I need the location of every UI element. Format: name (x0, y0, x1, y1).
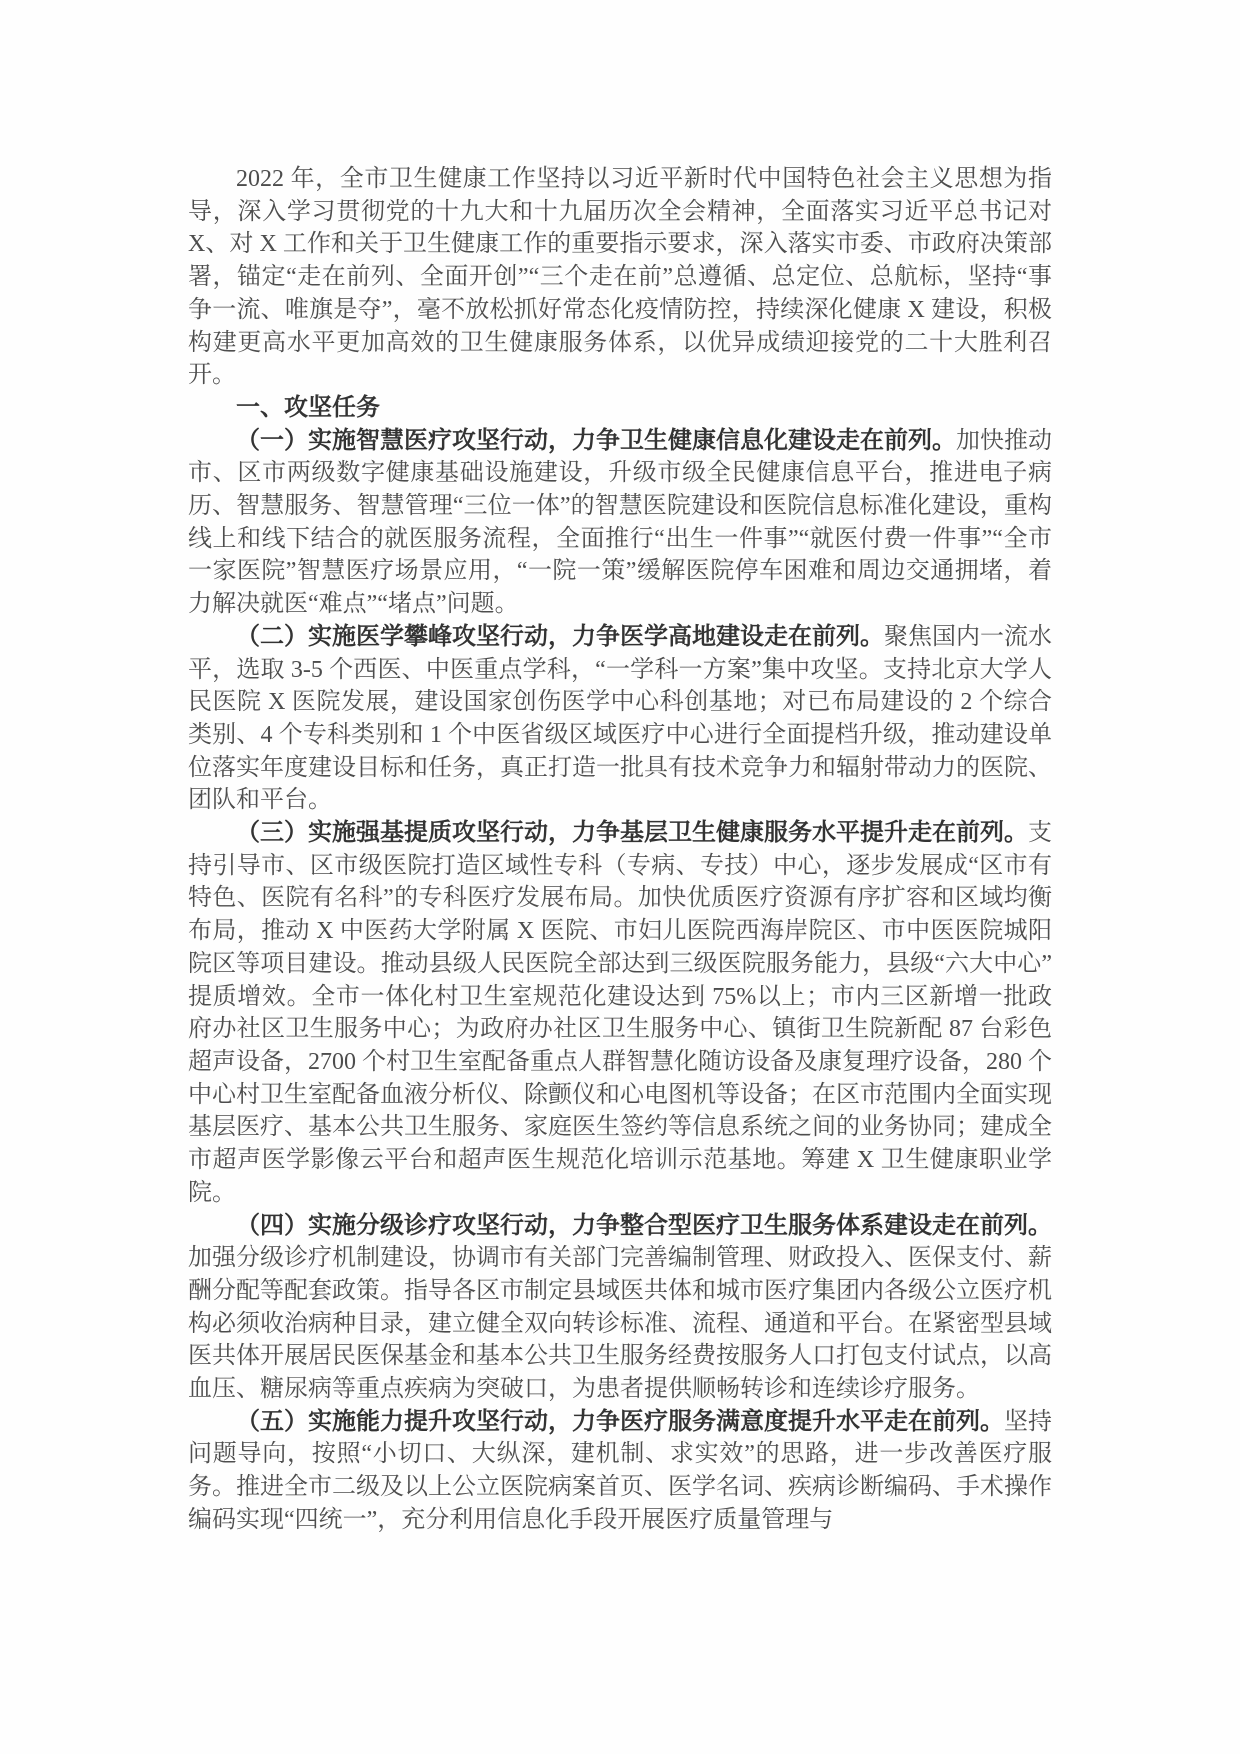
paragraph-heading: （二）实施医学攀峰攻坚行动，力争医学高地建设走在前列。 (236, 624, 884, 650)
intro-paragraph: 2022 年，全市卫生健康工作坚持以习近平新时代中国特色社会主义思想为指导，深入… (188, 163, 1052, 392)
paragraph-text: 聚焦国内一流水平，选取 3-5 个西医、中医重点学科，“一学科一方案”集中攻坚。… (188, 624, 1052, 814)
paragraph-text: 2022 年，全市卫生健康工作坚持以习近平新时代中国特色社会主义思想为指导，深入… (188, 166, 1052, 388)
paragraph-item-2: （二）实施医学攀峰攻坚行动，力争医学高地建设走在前列。聚焦国内一流水平，选取 3… (188, 621, 1052, 817)
paragraph-item-1: （一）实施智慧医疗攻坚行动，力争卫生健康信息化建设走在前列。加快推动市、区市两级… (188, 425, 1052, 621)
section-heading-label: 一、攻坚任务 (236, 395, 380, 421)
paragraph-text: 加快推动市、区市两级数字健康基础设施建设，升级市级全民健康信息平台，推进电子病历… (188, 428, 1052, 618)
paragraph-heading: （五）实施能力提升攻坚行动，力争医疗服务满意度提升水平走在前列。 (236, 1409, 1004, 1435)
paragraph-item-3: （三）实施强基提质攻坚行动，力争基层卫生健康服务水平提升走在前列。支持引导市、区… (188, 817, 1052, 1209)
paragraph-item-5: （五）实施能力提升攻坚行动，力争医疗服务满意度提升水平走在前列。坚持问题导向，按… (188, 1406, 1052, 1537)
section-heading-tasks: 一、攻坚任务 (188, 392, 1052, 425)
document-body: 2022 年，全市卫生健康工作坚持以习近平新时代中国特色社会主义思想为指导，深入… (188, 163, 1052, 1537)
paragraph-heading: （四）实施分级诊疗攻坚行动，力争整合型医疗卫生服务体系建设走在前列。 (236, 1213, 1052, 1239)
paragraph-item-4: （四）实施分级诊疗攻坚行动，力争整合型医疗卫生服务体系建设走在前列。加强分级诊疗… (188, 1210, 1052, 1406)
paragraph-heading: （三）实施强基提质攻坚行动，力争基层卫生健康服务水平提升走在前列。 (236, 820, 1028, 846)
paragraph-text: 支持引导市、区市级医院打造区域性专科（专病、专技）中心，逐步发展成“区市有特色、… (188, 820, 1052, 1206)
paragraph-heading: （一）实施智慧医疗攻坚行动，力争卫生健康信息化建设走在前列。 (236, 428, 956, 454)
paragraph-text: 加强分级诊疗机制建设，协调市有关部门完善编制管理、财政投入、医保支付、薪酬分配等… (188, 1245, 1052, 1402)
document-page: 2022 年，全市卫生健康工作坚持以习近平新时代中国特色社会主义思想为指导，深入… (0, 0, 1240, 1754)
